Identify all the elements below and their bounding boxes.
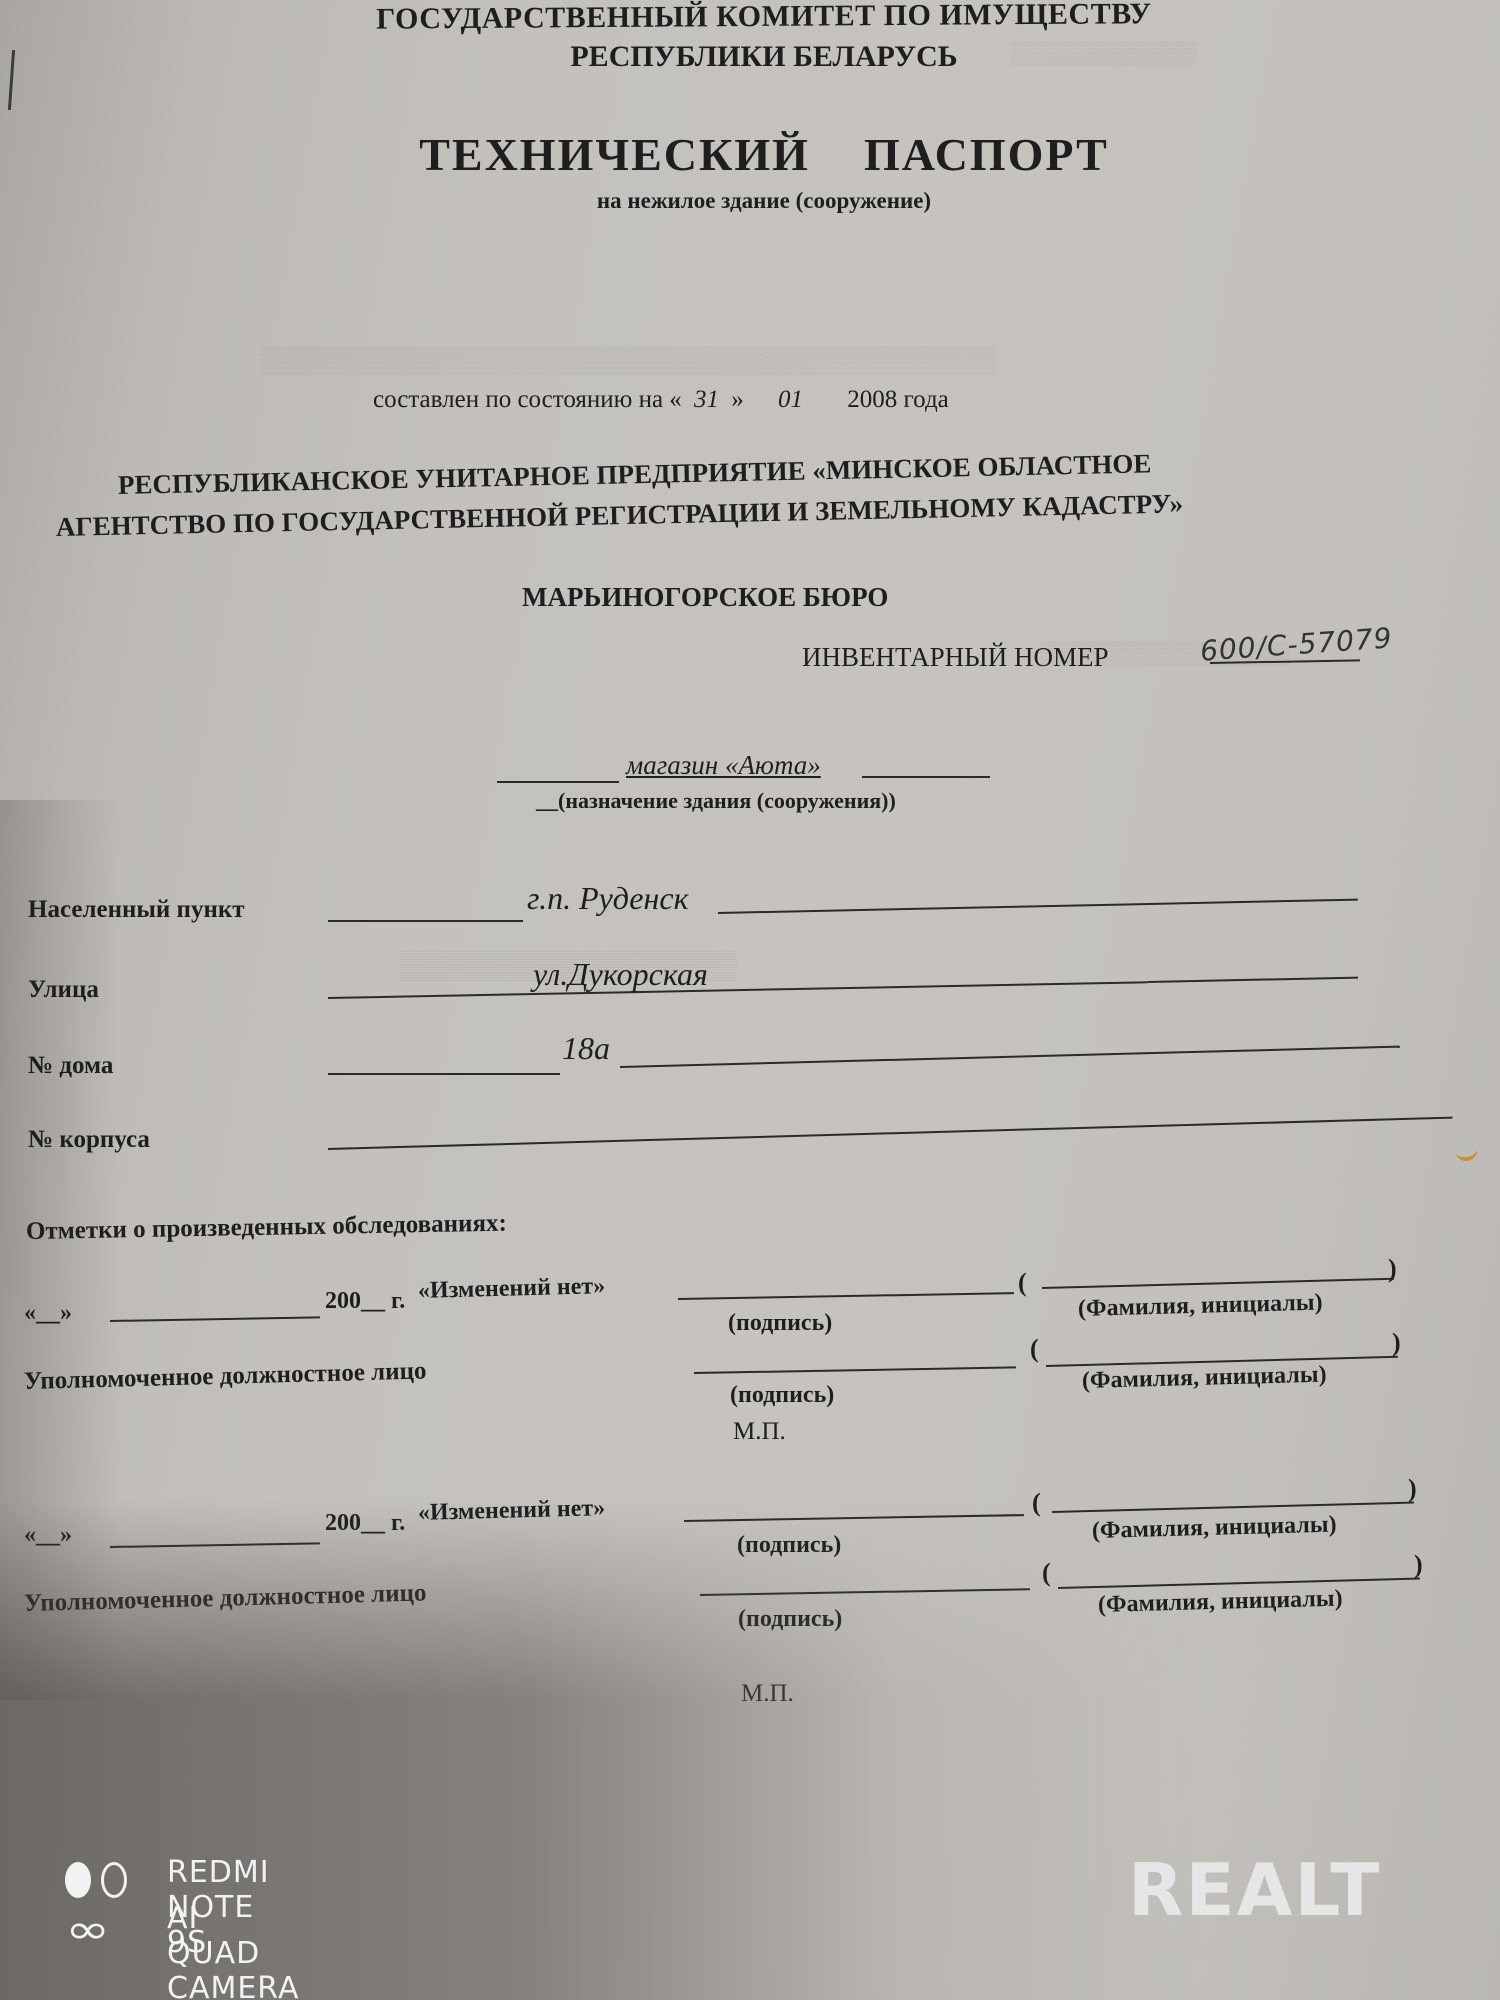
- camera-tagline: AI QUAD CAMERA: [167, 1901, 299, 2000]
- street-value[interactable]: ул.Дукорская: [533, 956, 708, 993]
- locality-line-right: [718, 899, 1358, 914]
- building-purpose: магазин «Аюта»: [626, 750, 821, 781]
- bureau-name: МАРЬИНОГОРСКОЕ БЮРО: [522, 582, 888, 613]
- inspection-date-line: [110, 1316, 320, 1322]
- purpose-caption: __(назначение здания (сооружения)): [536, 788, 896, 814]
- street-line-right: [1148, 977, 1358, 983]
- name-line[interactable]: [1042, 1278, 1394, 1289]
- compiled-close-quote: »: [731, 386, 744, 413]
- bleed-through-text: ▒▒▒▒▒▒▒▒▒▒▒▒▒▒▒▒▒▒▒▒▒▒▒▒▒▒▒▒▒▒▒▒▒▒▒▒▒▒▒▒: [260, 345, 997, 375]
- name-caption: (Фамилия, инициалы): [1078, 1290, 1323, 1323]
- name-close-paren: ): [1388, 1254, 1397, 1284]
- official-signature-line[interactable]: [694, 1366, 1016, 1374]
- compiled-prefix: составлен по состоянию на «: [373, 386, 682, 413]
- name-open-paren: (: [1018, 1268, 1027, 1298]
- official-name-caption: (Фамилия, инициалы): [1082, 1362, 1327, 1395]
- street-line: [328, 981, 1148, 999]
- house-value[interactable]: 18а: [562, 1030, 610, 1067]
- inspection-year: 200__ г.: [325, 1288, 405, 1315]
- official-name-open-paren: (: [1030, 1334, 1039, 1364]
- compiled-date: составлен по состоянию на « 31 » 01 2008…: [373, 386, 949, 414]
- inspection-status: «Изменений нет»: [418, 1273, 606, 1305]
- compiled-year: 2008 года: [847, 386, 948, 413]
- house-label: № дома: [28, 1052, 113, 1080]
- locality-label: Населенный пункт: [28, 896, 245, 924]
- inventory-label: ИНВЕНТАРНЫЙ НОМЕР: [802, 642, 1108, 673]
- compiled-month: 01: [778, 386, 803, 413]
- building-label: № корпуса: [28, 1126, 150, 1154]
- realt-watermark-logo: REALT: [1128, 1848, 1381, 1932]
- house-line-left: [328, 1073, 560, 1075]
- purpose-line-right: [862, 776, 990, 778]
- locality-value[interactable]: г.п. Руденск: [527, 880, 689, 917]
- street-label: Улица: [28, 976, 99, 1004]
- inspection-date-day[interactable]: «__»: [24, 1300, 72, 1327]
- stamp-placeholder: М.П.: [733, 1418, 786, 1446]
- official-name-close-paren: ): [1392, 1328, 1401, 1358]
- locality-line: [328, 920, 523, 922]
- official-signature-caption: (подпись): [730, 1382, 834, 1409]
- building-line: [328, 1117, 1453, 1150]
- purpose-line-left: [497, 781, 619, 783]
- document-title: ТЕХНИЧЕСКИЙ ПАСПОРТ: [0, 128, 1500, 181]
- document-subtitle: на нежилое здание (сооружение): [0, 188, 1500, 214]
- compiled-day: 31: [694, 386, 719, 413]
- signature-line[interactable]: [678, 1292, 1014, 1300]
- stain-mark: [1455, 1146, 1479, 1163]
- house-line-right: [620, 1046, 1400, 1068]
- org-name-line2: РЕСПУБЛИКИ БЕЛАРУСЬ: [0, 40, 1500, 74]
- signature-caption: (подпись): [728, 1310, 832, 1337]
- org-name-line1: ГОСУДАРСТВЕННЫЙ КОМИТЕТ ПО ИМУЩЕСТВУ: [0, 0, 1500, 39]
